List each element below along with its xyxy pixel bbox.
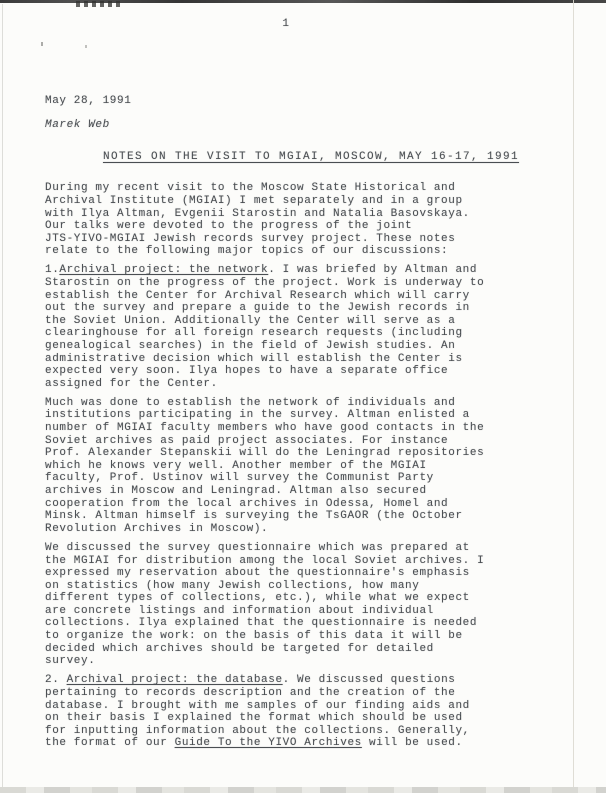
document-title: NOTES ON THE VISIT TO MGIAI, MOSCOW, MAY… <box>95 151 527 164</box>
scan-edge-bottom <box>0 787 606 793</box>
paragraph: 2. Archival project: the database. We di… <box>45 674 527 750</box>
paragraph: Much was done to establish the network o… <box>45 397 527 536</box>
scan-crease-right <box>573 0 574 787</box>
underlined-phrase: Archival project: the database <box>67 674 283 686</box>
text-segment: We discussed the survey questionnaire wh… <box>45 542 484 667</box>
page-number: 1 <box>45 18 527 31</box>
paragraph: During my recent visit to the Moscow Sta… <box>45 182 527 258</box>
scan-speck <box>41 42 43 46</box>
text-segment: will be used. <box>362 737 463 749</box>
paragraph: We discussed the survey questionnaire wh… <box>45 542 527 668</box>
document-author: Marek Web <box>45 119 527 132</box>
document-body: During my recent visit to the Moscow Sta… <box>45 182 527 750</box>
text-segment: 1. <box>45 264 59 276</box>
document-date: May 28, 1991 <box>45 95 527 108</box>
paragraph: 1.Archival project: the network. I was b… <box>45 264 527 390</box>
text-segment: Much was done to establish the network o… <box>45 397 484 535</box>
text-segment: 2. <box>45 674 67 686</box>
underlined-phrase: Guide To the YIVO Archives <box>175 737 362 749</box>
scan-edge-left <box>2 4 3 787</box>
underlined-phrase: Archival project: the network <box>59 264 268 276</box>
text-segment: During my recent visit to the Moscow Sta… <box>45 182 470 257</box>
text-segment: . I was briefed by Altman and Starostin … <box>45 264 484 389</box>
document-page: 1 May 28, 1991 Marek Web NOTES ON THE VI… <box>45 0 527 750</box>
